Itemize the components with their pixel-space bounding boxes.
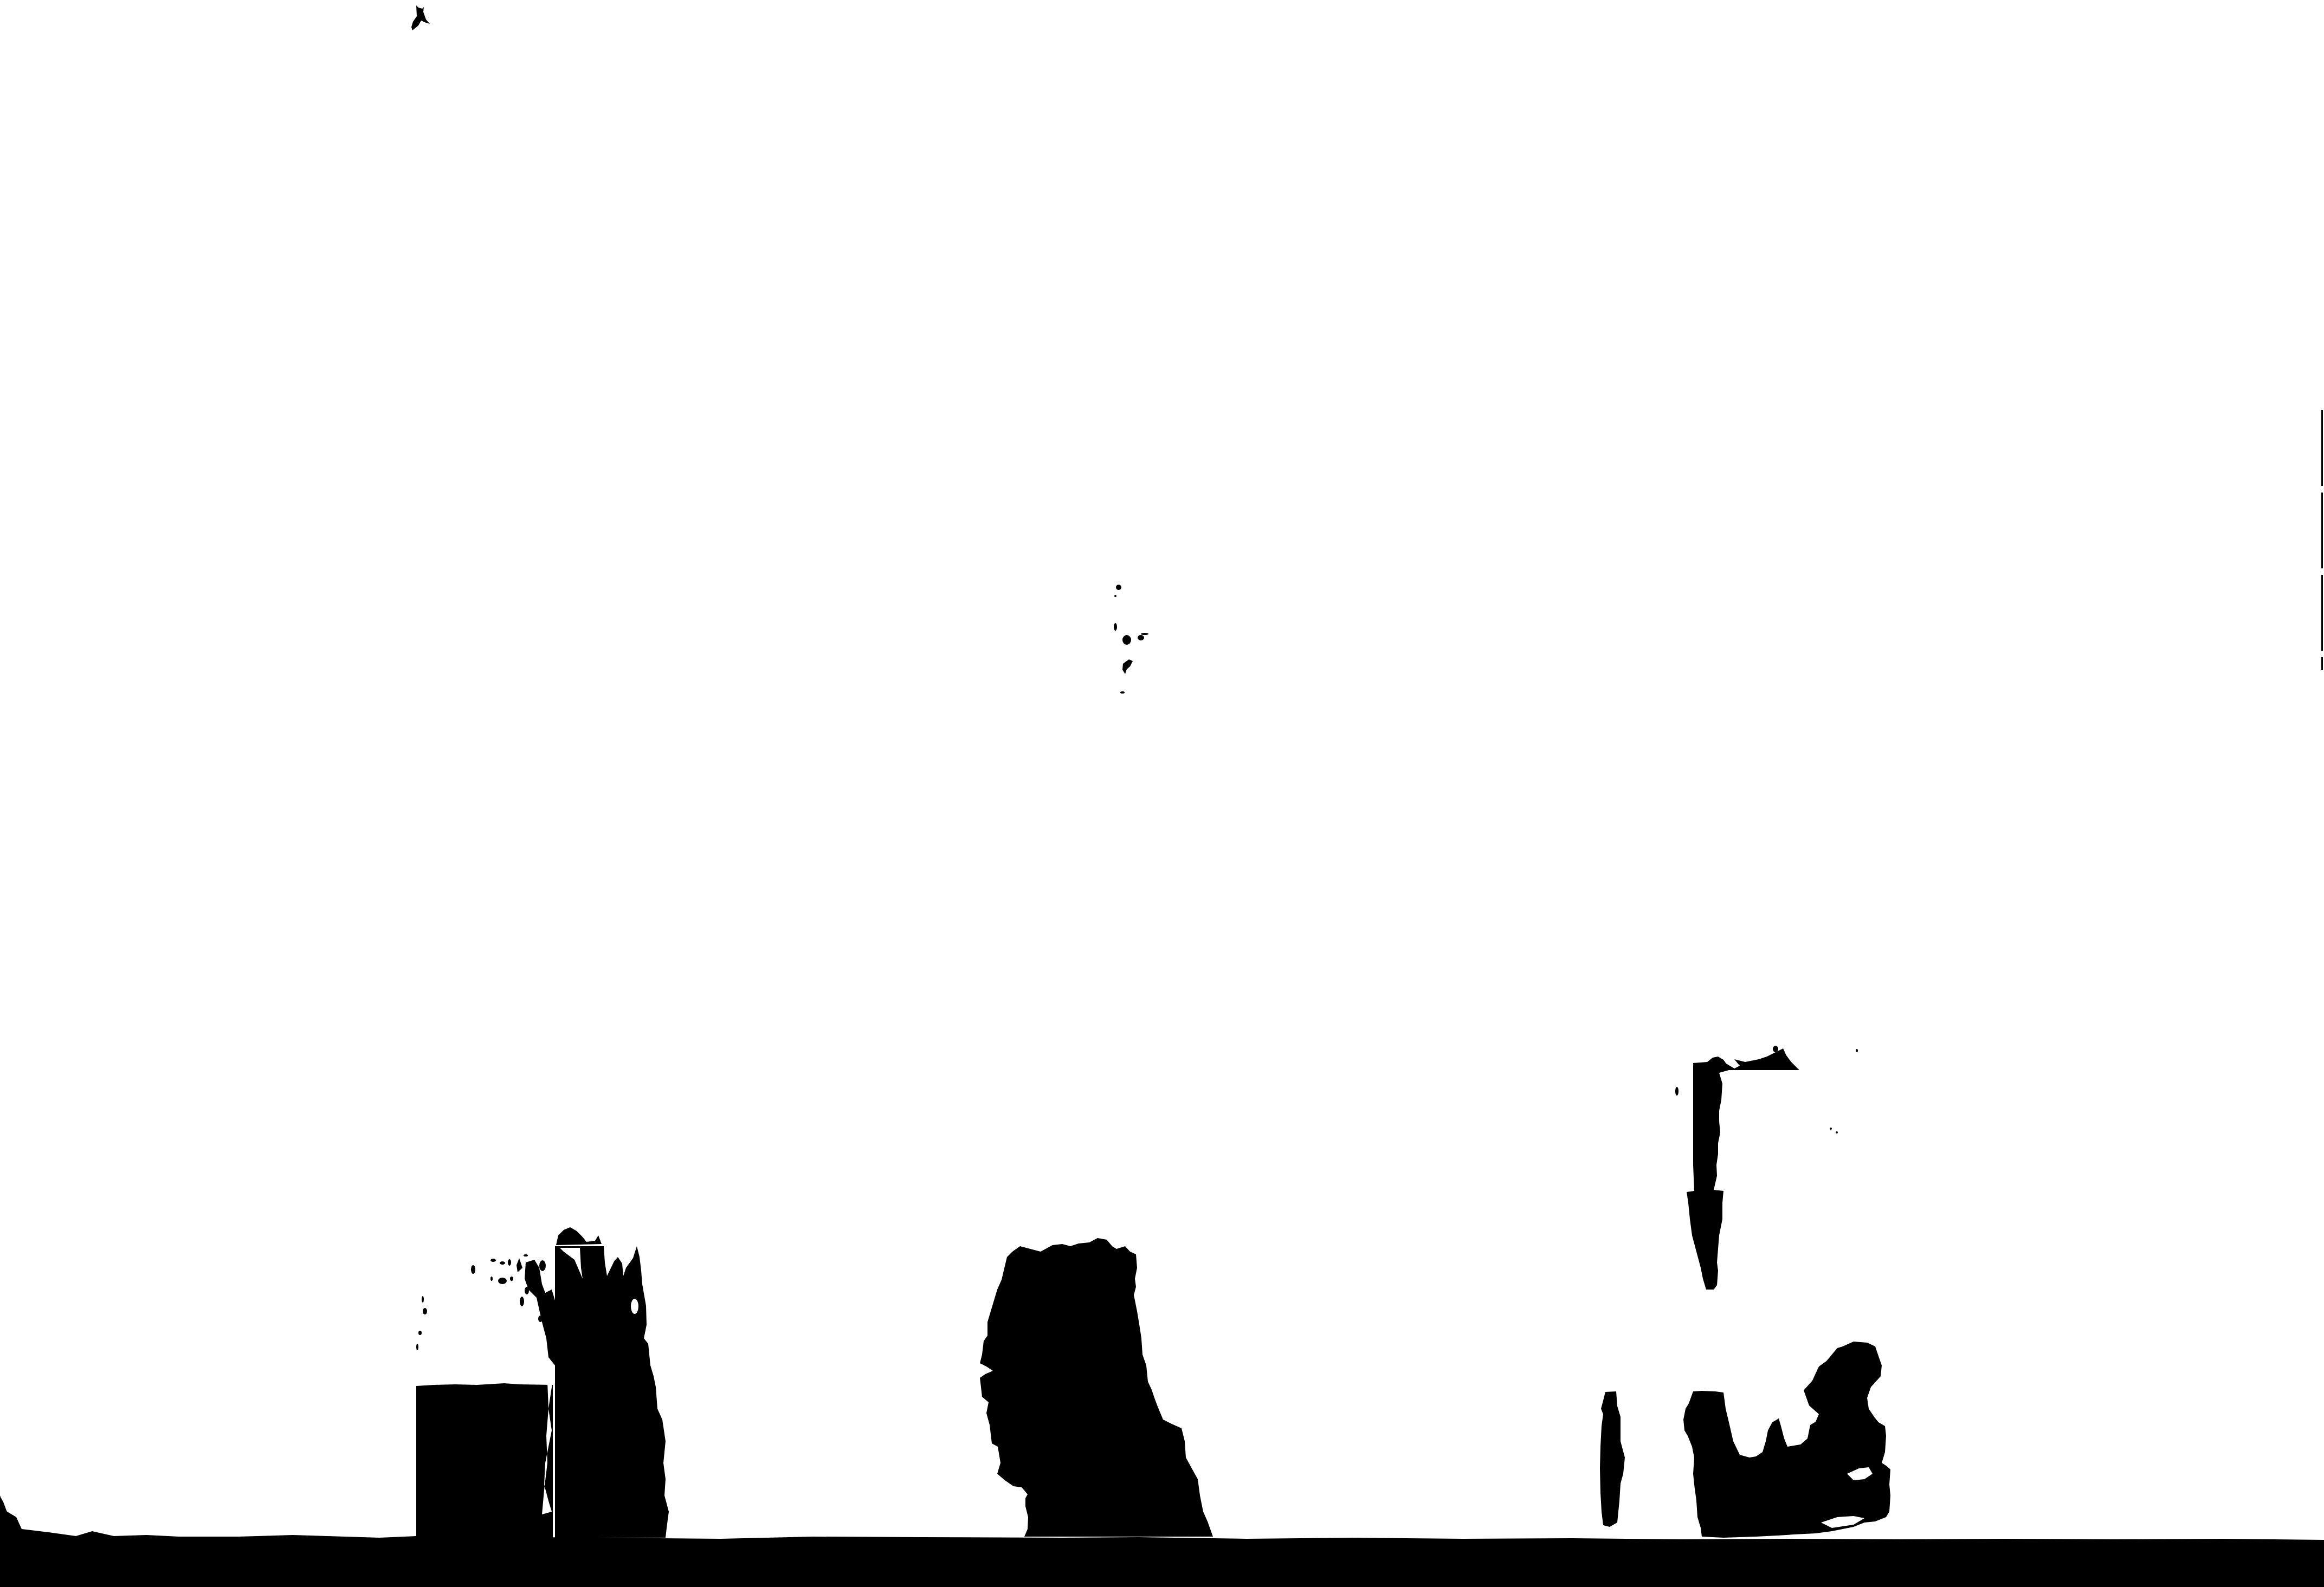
low-wall [416, 1383, 553, 1538]
right-edge-line [2321, 410, 2323, 670]
sky [0, 0, 2324, 1587]
landscape-silhouette [0, 0, 2324, 1587]
